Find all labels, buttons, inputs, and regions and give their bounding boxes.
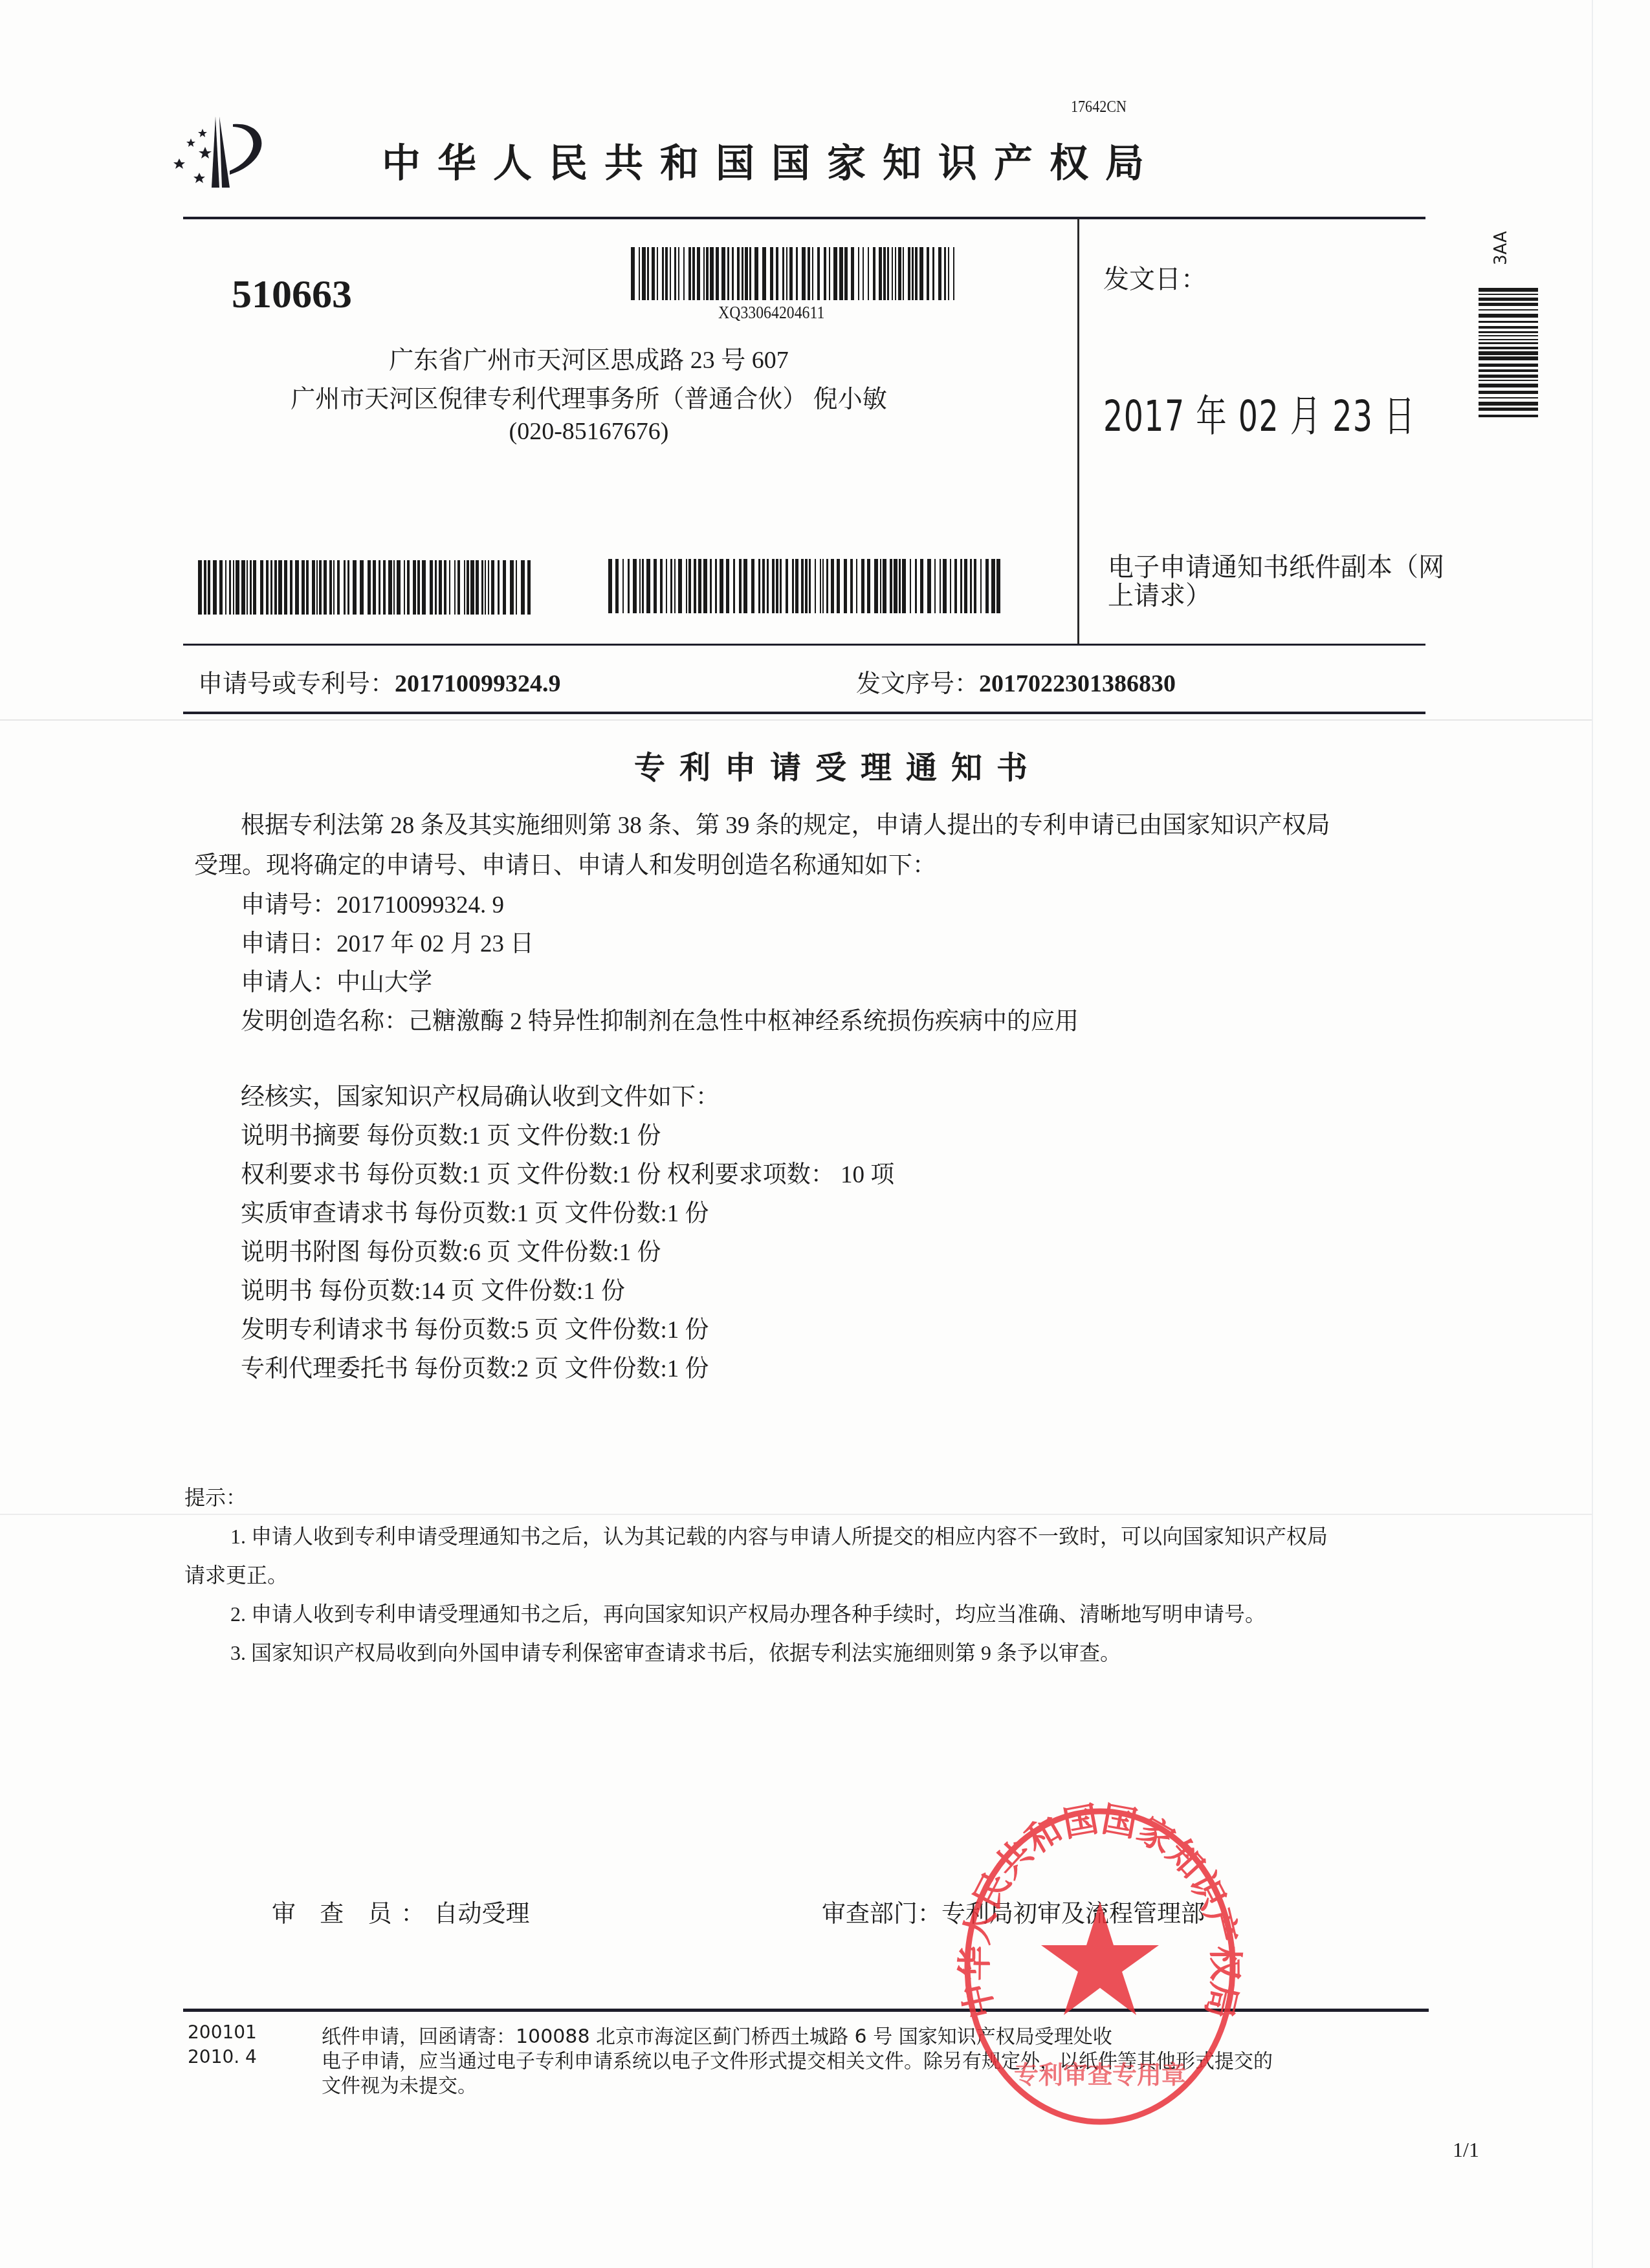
header-column-divider [1077, 219, 1079, 646]
field-application-number: 申请号：201710099324. 9 [241, 885, 504, 920]
field-label: 申请日： [241, 931, 336, 957]
dispatch-serial-label: 发文序号： [856, 669, 979, 697]
application-number-row: 申请号或专利号：201710099324.9 [198, 663, 561, 699]
tip-item: 3. 国家知识产权局收到向外国申请专利保密审查请求书后，依据专利法实施细则第 9… [230, 1637, 1121, 1666]
document-item: 实质审查请求书 每份页数:1 页 文件份数:1 份 [241, 1194, 709, 1228]
document-name: 发明专利请求书 [241, 1317, 408, 1344]
dispatch-date: 2017 年 02 月 23 日 [1103, 382, 1416, 443]
examiner: 审 查 员：自动受理 [272, 1894, 530, 1929]
document-name: 说明书摘要 [241, 1123, 360, 1150]
examiner-value: 自动受理 [434, 1901, 530, 1928]
document-item: 说明书附图 每份页数:6 页 文件份数:1 份 [241, 1232, 661, 1267]
seal-bottom-text: 专利审查专用章 [1014, 2060, 1186, 2089]
application-number-label: 申请号或专利号： [198, 669, 395, 697]
examiner-label: 审 查 员： [272, 1901, 434, 1928]
barcode-id: XQ33064204611 [718, 303, 824, 323]
side-code-text: 3AA [1491, 231, 1511, 265]
document-pages: 每份页数:1 页 [366, 1123, 511, 1150]
postcode: 510663 [232, 272, 352, 318]
header-middle-rule [183, 644, 1425, 646]
footer-note: 文件视为未提交。 [322, 2069, 477, 2098]
scan-edge [1592, 0, 1593, 2268]
field-value: 201710099324. 9 [336, 892, 504, 919]
barcode-vertical [1479, 288, 1538, 417]
document-copies: 文件份数:1 份 [565, 1356, 709, 1382]
page-number: 1/1 [1453, 2138, 1479, 2162]
document-pages: 每份页数:1 页 [366, 1162, 511, 1188]
addressee-agency: 广州市天河区倪律专利代理事务所（普通合伙） 倪小敏 [194, 378, 984, 414]
barcode [631, 247, 954, 300]
document-code: 17642CN [1071, 97, 1127, 116]
document-copies: 文件份数:1 份 [565, 1201, 709, 1227]
document-pages: 每份页数:1 页 [414, 1201, 558, 1227]
cnipa-logo-icon [165, 111, 281, 205]
document-pages: 每份页数:5 页 [414, 1317, 558, 1344]
field-label: 申请人： [241, 970, 336, 996]
official-seal: 中华人民共和国国家知识产权局 专利审查专用章 [948, 1795, 1252, 2132]
document-copies: 文件份数:1 份 [481, 1278, 625, 1305]
document-copies: 文件份数:1 份 [517, 1239, 661, 1266]
copy-note: 电子申请通知书纸件副本（网上请求） [1108, 553, 1444, 610]
field-value: 己糖激酶 2 特异性抑制剂在急性中枢神经系统损伤疾病中的应用 [408, 1009, 1079, 1035]
side-code: 3AA [1491, 231, 1511, 265]
document-name: 专利代理委托书 [241, 1356, 408, 1382]
document-pages: 每份页数:6 页 [366, 1239, 511, 1266]
field-label: 申请号： [241, 892, 336, 919]
notice-intro: 根据专利法第 28 条及其实施细则第 38 条、第 39 条的规定，申请人提出的… [241, 805, 1330, 840]
form-version: 2010. 4 [188, 2046, 257, 2067]
document-name: 权利要求书 [241, 1162, 360, 1188]
document-copies: 文件份数:1 份 [517, 1162, 661, 1188]
field-label: 发明创造名称： [241, 1009, 408, 1035]
form-code: 200101 [188, 2022, 257, 2043]
document-name: 说明书附图 [241, 1239, 360, 1266]
document-pages: 每份页数:2 页 [414, 1356, 558, 1382]
field-application-date: 申请日：2017 年 02 月 23 日 [241, 924, 534, 959]
tips-label: 提示： [184, 1481, 247, 1511]
document-pages: 每份页数:14 页 [318, 1278, 475, 1305]
field-value: 2017 年 02 月 23 日 [336, 931, 534, 957]
department-label: 审查部门： [822, 1901, 941, 1928]
document-copies: 文件份数:1 份 [565, 1317, 709, 1344]
field-value: 中山大学 [336, 970, 432, 996]
tip-item: 2. 申请人收到专利申请受理通知书之后，再向国家知识产权局办理各种手续时，均应当… [230, 1598, 1266, 1628]
tip-item-continuation: 请求更正。 [184, 1559, 288, 1589]
document-name: 实质审查请求书 [241, 1201, 408, 1227]
notice-intro: 受理。现将确定的申请号、申请日、申请人和发明创造名称通知如下： [194, 845, 936, 880]
red-star-icon [1041, 1902, 1159, 2015]
field-invention-title: 发明创造名称：己糖激酶 2 特异性抑制剂在急性中枢神经系统损伤疾病中的应用 [241, 1001, 1079, 1036]
document-item: 说明书摘要 每份页数:1 页 文件份数:1 份 [241, 1116, 661, 1151]
notice-title: 专利申请受理通知书 [0, 743, 1650, 787]
paper-fold-line [0, 719, 1592, 721]
paper-fold-line [0, 1514, 1592, 1515]
document-item: 专利代理委托书 每份页数:2 页 文件份数:1 份 [241, 1349, 709, 1384]
office-name: 中华人民共和国国家知识产权局 [382, 133, 1161, 188]
barcode [198, 560, 534, 615]
application-number: 201710099324.9 [395, 670, 561, 697]
document-extra: 权利要求项数： 10 项 [667, 1162, 895, 1188]
dispatch-serial: 2017022301386830 [979, 670, 1176, 697]
dispatch-date-label: 发文日： [1103, 259, 1207, 296]
document-copies: 文件份数:1 份 [517, 1123, 661, 1150]
document-item: 说明书 每份页数:14 页 文件份数:1 份 [241, 1271, 625, 1306]
header-top-rule [183, 217, 1425, 219]
tip-item: 1. 申请人收到专利申请受理通知书之后，认为其记载的内容与申请人所提交的相应内容… [230, 1520, 1328, 1550]
header-bottom-rule [183, 712, 1425, 714]
addressee-phone: (020-85167676) [194, 417, 984, 446]
addressee-address: 广东省广州市天河区思成路 23 号 607 [194, 340, 984, 375]
dispatch-serial-row: 发文序号：2017022301386830 [856, 663, 1176, 699]
received-intro: 经核实，国家知识产权局确认收到文件如下： [241, 1077, 720, 1112]
barcode [608, 559, 1003, 613]
document-item: 发明专利请求书 每份页数:5 页 文件份数:1 份 [241, 1310, 709, 1345]
document-item: 权利要求书 每份页数:1 页 文件份数:1 份 权利要求项数： 10 项 [241, 1155, 894, 1190]
document-name: 说明书 [241, 1278, 313, 1305]
field-applicant: 申请人：中山大学 [241, 963, 432, 998]
